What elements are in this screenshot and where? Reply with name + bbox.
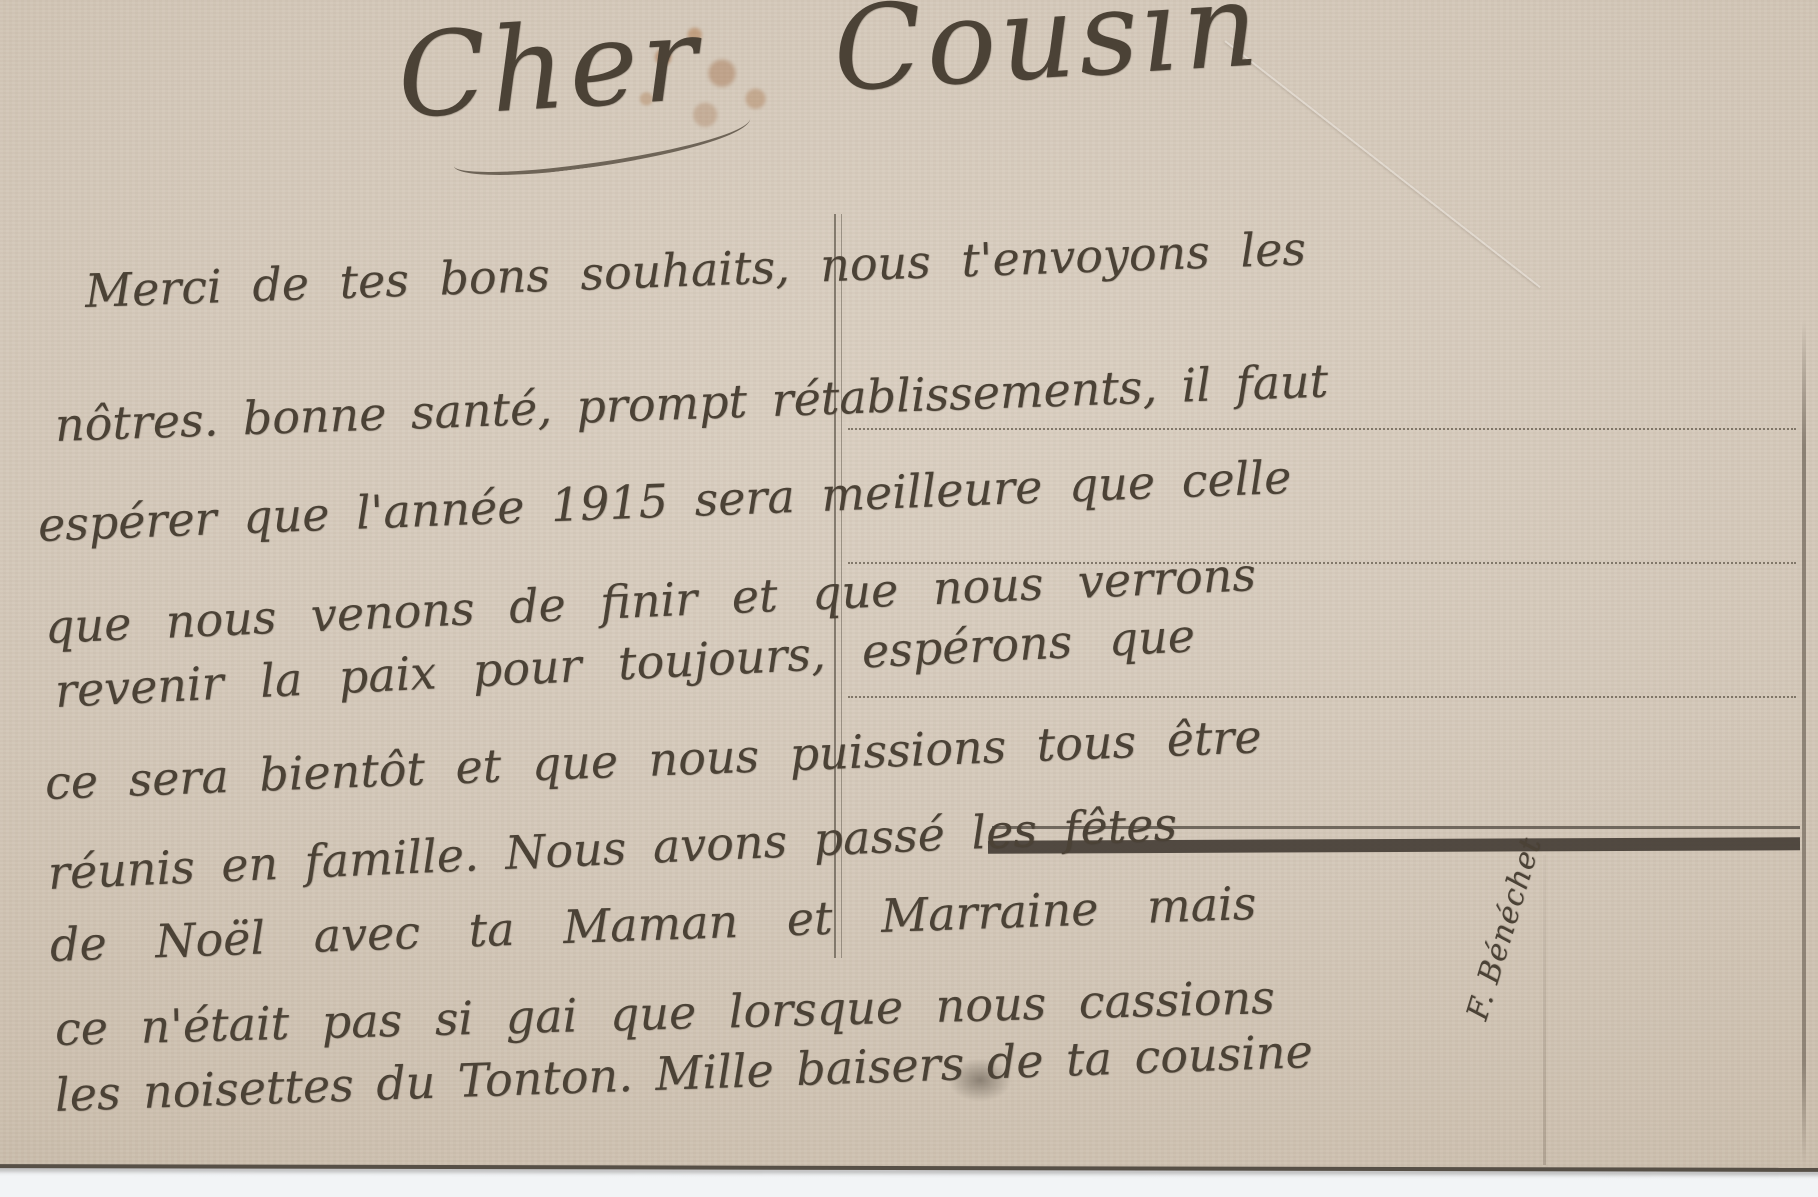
paper-crease-vertical (1543, 855, 1546, 1165)
address-dotted-line-1 (848, 428, 1796, 430)
scanned-postcard-back: Cher Cousin Merci de tes bons souhaits, … (0, 0, 1818, 1197)
card-right-edge-shadow (1802, 320, 1806, 1165)
address-dotted-line-3 (848, 696, 1796, 698)
